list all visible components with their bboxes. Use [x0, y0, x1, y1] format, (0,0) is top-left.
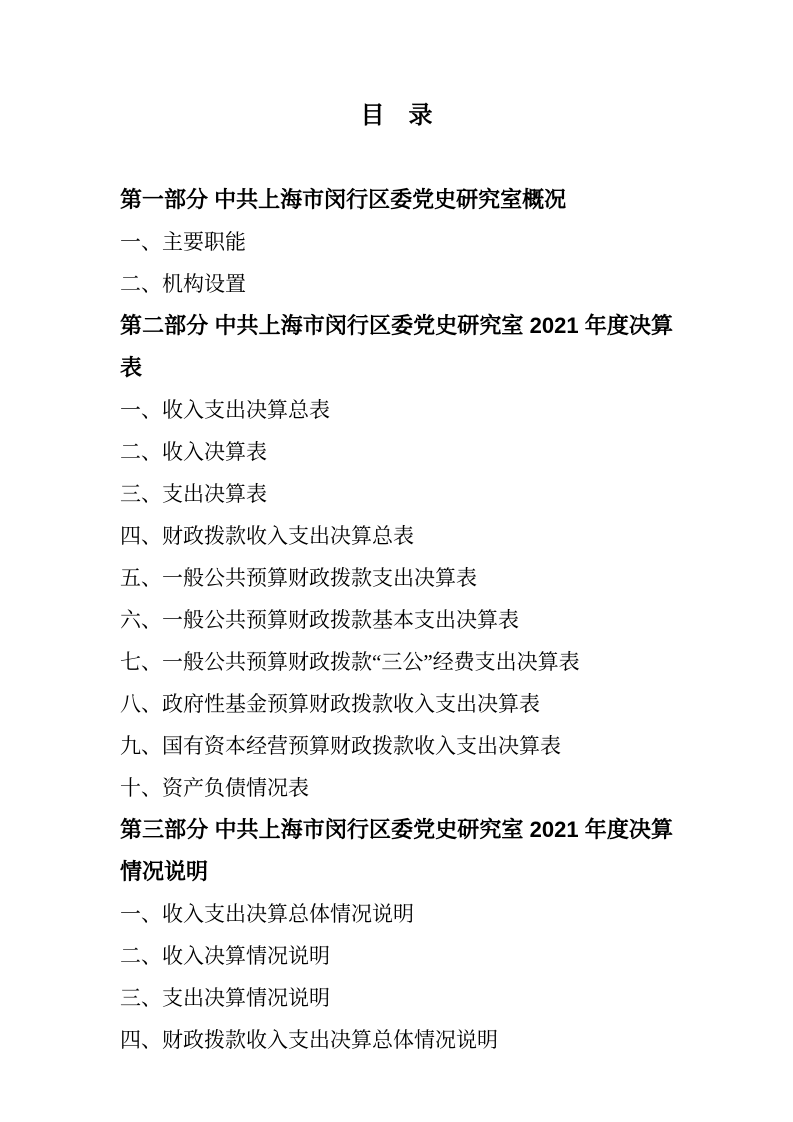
section-heading-part3: 第三部分 中共上海市闵行区委党史研究室 2021 年度决算情况说明 [120, 809, 673, 893]
toc-item-part2-5: 五、一般公共预算财政拨款支出决算表 [120, 557, 673, 599]
toc-item-part2-2: 二、收入决算表 [120, 431, 673, 473]
toc-item-part3-3: 三、支出决算情况说明 [120, 977, 673, 1019]
section-heading-part1: 第一部分 中共上海市闵行区委党史研究室概况 [120, 179, 673, 221]
toc-content: 目 录 第一部分 中共上海市闵行区委党史研究室概况 一、主要职能 二、机构设置 … [120, 95, 673, 1061]
toc-item-part3-4: 四、财政拨款收入支出决算总体情况说明 [120, 1019, 673, 1061]
toc-item-part3-1: 一、收入支出决算总体情况说明 [120, 893, 673, 935]
toc-item-part2-4: 四、财政拨款收入支出决算总表 [120, 515, 673, 557]
toc-item-part2-9: 九、国有资本经营预算财政拨款收入支出决算表 [120, 725, 673, 767]
toc-item-part2-8: 八、政府性基金预算财政拨款收入支出决算表 [120, 683, 673, 725]
toc-item-part3-2: 二、收入决算情况说明 [120, 935, 673, 977]
toc-title: 目 录 [120, 95, 673, 137]
document-page: 目 录 第一部分 中共上海市闵行区委党史研究室概况 一、主要职能 二、机构设置 … [0, 0, 793, 1122]
section-heading-part2: 第二部分 中共上海市闵行区委党史研究室 2021 年度决算表 [120, 305, 673, 389]
toc-item-part2-10: 十、资产负债情况表 [120, 767, 673, 809]
toc-item-part1-1: 一、主要职能 [120, 221, 673, 263]
toc-item-part2-1: 一、收入支出决算总表 [120, 389, 673, 431]
toc-item-part1-2: 二、机构设置 [120, 263, 673, 305]
toc-item-part2-6: 六、一般公共预算财政拨款基本支出决算表 [120, 599, 673, 641]
toc-item-part2-3: 三、支出决算表 [120, 473, 673, 515]
toc-item-part2-7: 七、一般公共预算财政拨款“三公”经费支出决算表 [120, 641, 673, 683]
